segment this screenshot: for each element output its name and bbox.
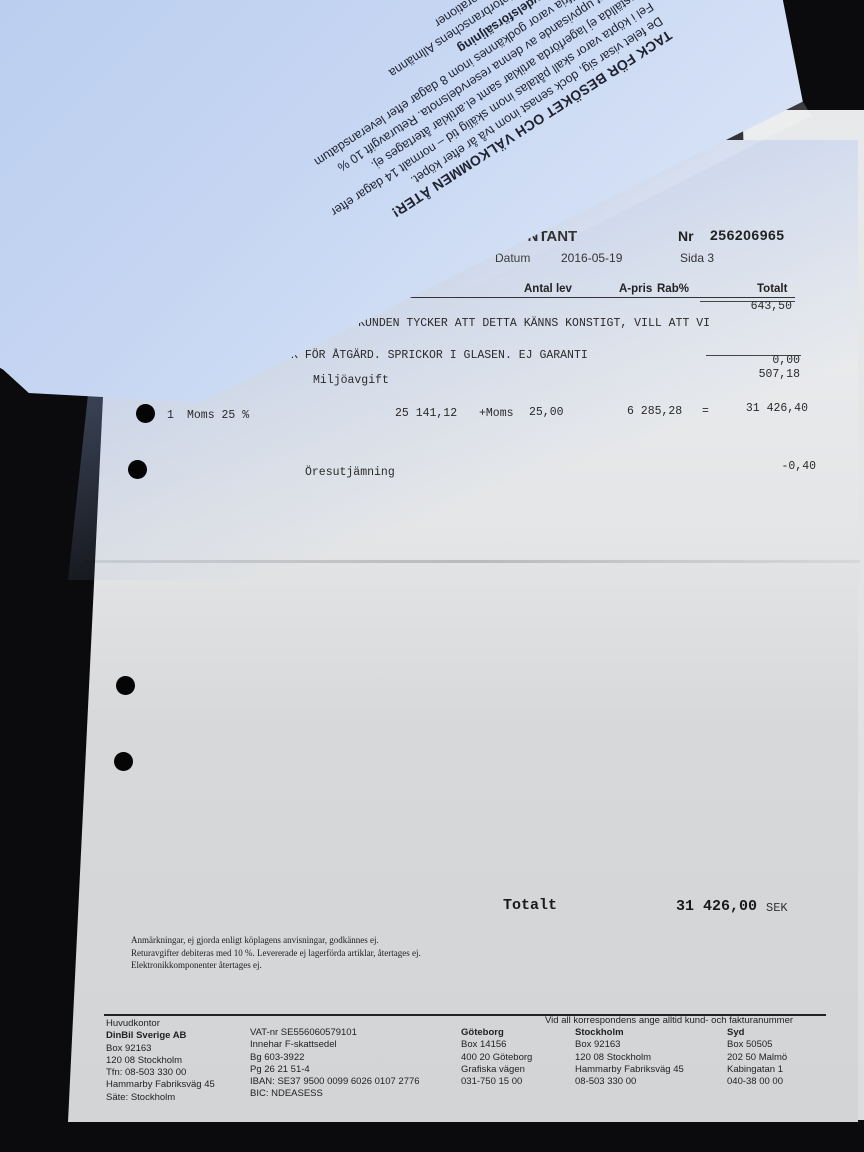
office-name: Göteborg [461, 1027, 532, 1039]
office-line: Kabingatan 1 [727, 1064, 787, 1076]
head-office-line: Säte: Stockholm [106, 1092, 215, 1104]
registration-line: Bg 603-3922 [250, 1052, 420, 1064]
registration-line: IBAN: SE37 9500 0099 6026 0107 2776 [250, 1076, 420, 1088]
paper-crease [85, 560, 860, 563]
col-discount: Rab% [657, 283, 689, 295]
invoice-number-label: Nr [678, 228, 694, 244]
page-number: 3 [707, 251, 714, 265]
vat-rate: 25,00 [529, 406, 564, 419]
office-line: 400 20 Göteborg [461, 1052, 532, 1064]
page-label: Sida [680, 251, 704, 265]
grand-total-currency: SEK [766, 901, 788, 915]
office-line: 031-750 15 00 [461, 1076, 532, 1088]
office-stockholm: Stockholm Box 92163 120 08 Stockholm Ham… [575, 1027, 684, 1088]
office-syd: Syd Box 50505 202 50 Malmö Kabingatan 1 … [727, 1027, 787, 1088]
head-office-block: Huvudkontor DinBil Sverige AB Box 92163 … [106, 1018, 215, 1104]
grand-total-value: 31 426,00 [676, 898, 757, 915]
office-line: 202 50 Malmö [727, 1052, 787, 1064]
page-indicator: Sida 3 [680, 251, 714, 265]
vat-base: 25 141,12 [395, 407, 457, 420]
rounding-value: -0,40 [781, 460, 816, 473]
remark-line: Returavgifter debiteras med 10 %. Levere… [131, 947, 421, 960]
invoice-date: 2016-05-19 [561, 251, 622, 265]
registration-line: Pg 26 21 51-4 [250, 1064, 420, 1076]
remark-line: Anmärkningar, ej gjorda enligt köplagens… [131, 934, 421, 947]
line-total: 643,50 [751, 300, 792, 313]
office-goteborg: Göteborg Box 14156 400 20 Göteborg Grafi… [461, 1027, 532, 1088]
head-office-heading: Huvudkontor [106, 1018, 215, 1030]
vat-total: 31 426,40 [746, 402, 808, 415]
office-name: Syd [727, 1027, 787, 1039]
office-name: Stockholm [575, 1027, 684, 1039]
line-total: 0,00 [772, 354, 800, 367]
company-name: DinBil Sverige AB [106, 1030, 215, 1042]
col-qty-delivered: Antal lev [524, 283, 572, 295]
line-total: 507,18 [759, 368, 800, 381]
office-line: Box 14156 [461, 1039, 532, 1051]
office-line: Hammarby Fabriksväg 45 [575, 1064, 684, 1076]
head-office-line: Hammarby Fabriksväg 45 [106, 1079, 215, 1091]
correspondence-note: Vid all korrespondens ange alltid kund- … [545, 1015, 793, 1026]
invoice-number: 256206965 [710, 227, 785, 243]
remark-line: Elektronikkomponenter återtages ej. [131, 959, 421, 972]
punch-hole [116, 676, 135, 695]
office-line: 120 08 Stockholm [575, 1052, 684, 1064]
vat-equals: = [702, 405, 709, 418]
remarks: Anmärkningar, ej gjorda enligt köplagens… [131, 934, 421, 972]
office-line: Grafiska vägen [461, 1064, 532, 1076]
office-line: Box 50505 [727, 1039, 787, 1051]
col-unit-price: A-pris [619, 283, 652, 295]
office-line: Box 92163 [575, 1039, 684, 1051]
head-office-line: 120 08 Stockholm [106, 1055, 215, 1067]
registration-block: VAT-nr SE556060579101 Innehar F-skattsed… [250, 1027, 420, 1101]
registration-line: BIC: NDEASESS [250, 1088, 420, 1100]
vat-index: 1 [167, 409, 174, 422]
office-line: 040-38 00 00 [727, 1076, 787, 1088]
registration-line: VAT-nr SE556060579101 [250, 1027, 420, 1039]
vat-base-suffix: +Moms [479, 407, 514, 420]
rounding-label: Öresutjämning [305, 466, 395, 479]
line-text: Miljöavgift [313, 374, 389, 387]
punch-hole [128, 460, 147, 479]
vat-amount: 6 285,28 [627, 405, 682, 418]
punch-hole [136, 404, 155, 423]
col-total: Totalt [757, 283, 787, 295]
head-office-line: Tfn: 08-503 330 00 [106, 1067, 215, 1079]
registration-line: Innehar F-skattsedel [250, 1039, 420, 1051]
office-line: 08-503 330 00 [575, 1076, 684, 1088]
punch-hole [114, 752, 133, 771]
head-office-line: Box 92163 [106, 1043, 215, 1055]
grand-total-label: Totalt [503, 897, 557, 914]
